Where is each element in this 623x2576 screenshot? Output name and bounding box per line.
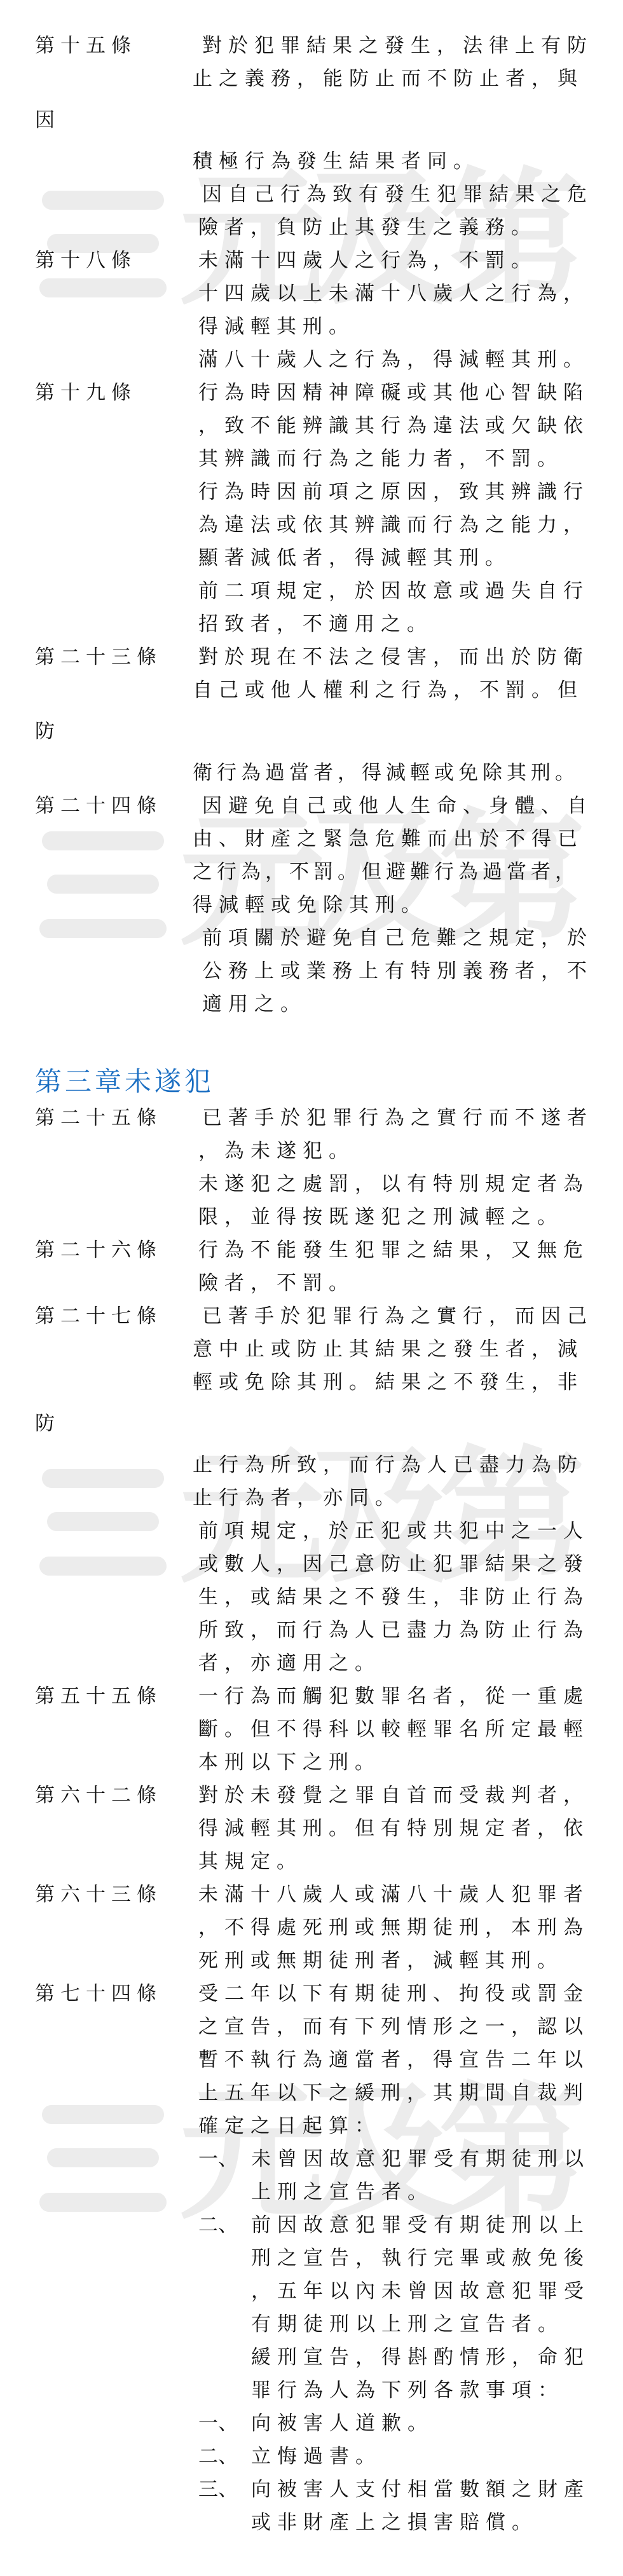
- article-text: 其辨識而行為之能力者，不罰。: [198, 442, 563, 475]
- article-text: 前二項規定，於因故意或過失自行: [198, 575, 589, 608]
- article-number: 第二十四條: [35, 789, 162, 822]
- article-text: 刑之宣告，執行完畢或赦免後: [251, 2242, 590, 2275]
- text-content: 因自己行為致有發生犯罪結果之危: [202, 183, 593, 206]
- article: 第五十五條一行為而觸犯數罪名者，從一重處斷。但不得科以較輕罪名所定最輕本刑以下之…: [0, 1680, 623, 1779]
- article-text: 公務上或業務上有特別義務者，不: [202, 955, 593, 988]
- text-line: 生，或結果之不發生，非防止行為: [0, 1581, 623, 1614]
- article-text: 止行為者，亦同。: [193, 1482, 401, 1515]
- text-line: 其規定。: [0, 1845, 623, 1878]
- text-content: 限，並得按既遂犯之刑減輕之。: [198, 1206, 563, 1229]
- text-content: 行為不能發生犯罪之結果，又無危: [198, 1239, 589, 1262]
- article-text: 一、未曾因故意犯罪受有期徒刑以: [198, 2143, 590, 2176]
- text-line: 者，亦適用之。: [0, 1647, 623, 1680]
- text-line: 或非財產上之損害賠償。: [0, 2506, 623, 2539]
- text-content: 滿八十歲人之行為，得減輕其刑。: [198, 348, 589, 371]
- article-number: 第七十四條: [35, 1977, 162, 2010]
- article-text: 由、財產之緊急危難而出於不得已: [193, 822, 584, 855]
- article-text: 滿八十歲人之行為，得減輕其刑。: [198, 343, 589, 376]
- text-content: 前項規定，於正犯或共犯中之一人: [198, 1520, 589, 1543]
- text-content: 一行為而觸犯數罪名者，從一重處: [198, 1685, 589, 1708]
- article: 第二十六條行為不能發生犯罪之結果，又無危險者，不罰。: [0, 1234, 623, 1300]
- article-text: 限，並得按既遂犯之刑減輕之。: [198, 1201, 563, 1234]
- text-line: 前項關於避免自己危難之規定，於: [0, 922, 623, 955]
- text-line: 止行為者，亦同。: [0, 1482, 623, 1515]
- chapter-heading: 第三章未遂犯: [0, 1062, 623, 1101]
- text-line: 緩刑宣告，得斟酌情形，命犯: [0, 2341, 623, 2374]
- article-text: 止之義務，能防止而不防止者，與: [193, 62, 584, 95]
- text-line: 確定之日起算：: [0, 2109, 623, 2143]
- article-text: 確定之日起算：: [198, 2109, 381, 2143]
- text-line: 一、未曾因故意犯罪受有期徒刑以: [0, 2143, 623, 2176]
- article-text: 未滿十八歲人或滿八十歲人犯罪者: [198, 1878, 589, 1911]
- text-line: 因自己行為致有發生犯罪結果之危: [0, 178, 623, 211]
- text-line: 險者，不罰。: [0, 1267, 623, 1300]
- article-text: 因自己行為致有發生犯罪結果之危: [202, 178, 593, 211]
- text-line: 或數人，因己意防止犯罪結果之發: [0, 1548, 623, 1581]
- text-content: 已著手於犯罪行為之實行，而因己: [202, 1305, 593, 1328]
- text-line: 防: [0, 1399, 623, 1448]
- article-text: ，致不能辨識其行為違法或欠缺依: [198, 409, 589, 442]
- list-marker: 三、: [198, 2473, 251, 2506]
- article-text: 對於現在不法之侵害，而出於防衛: [198, 641, 589, 674]
- text-content: 所致，而行為人已盡力為防止行為: [198, 1619, 589, 1642]
- article-text: 對於犯罪結果之發生，法律上有防: [202, 29, 593, 62]
- text-line: 其辨識而行為之能力者，不罰。: [0, 442, 623, 475]
- article-number: 第二十三條: [35, 641, 162, 674]
- article: 第二十三條對於現在不法之侵害，而出於防衛自己或他人權利之行為，不罰。但防衛行為過…: [0, 641, 623, 789]
- article-text: 之行為，不罰。但避難行為過當者，: [193, 855, 579, 889]
- text-content: 或數人，因己意防止犯罪結果之發: [198, 1553, 589, 1576]
- article-number: 第二十五條: [35, 1101, 162, 1135]
- text-content: ，五年以內未曾因故意犯罪受: [251, 2280, 590, 2303]
- text-content: 暫不執行為適當者，得宣告二年以: [198, 2048, 589, 2071]
- text-line: 之行為，不罰。但避難行為過當者，: [0, 855, 623, 889]
- article-text: 者，亦適用之。: [198, 1647, 381, 1680]
- text-content: 未滿十八歲人或滿八十歲人犯罪者: [198, 1883, 589, 1906]
- text-line: 第二十六條行為不能發生犯罪之結果，又無危: [0, 1234, 623, 1267]
- article-text: 所致，而行為人已盡力為防止行為: [198, 1614, 589, 1647]
- text-line: 本刑以下之刑。: [0, 1746, 623, 1779]
- text-content: 本刑以下之刑。: [198, 1751, 381, 1774]
- text-line: 前項規定，於正犯或共犯中之一人: [0, 1515, 623, 1548]
- article: 第二十五條已著手於犯罪行為之實行而不遂者，為未遂犯。未遂犯之處罰，以有特別規定者…: [0, 1101, 623, 1234]
- text-line: 二、前因故意犯罪受有期徒刑以上: [0, 2209, 623, 2242]
- text-content: 未曾因故意犯罪受有期徒刑以: [251, 2148, 590, 2171]
- article-text: 因避免自己或他人生命、身體、自: [202, 789, 593, 822]
- article-text: 斷。但不得科以較輕罪名所定最輕: [198, 1713, 589, 1746]
- text-content: 顯著減低者，得減輕其刑。: [198, 547, 511, 569]
- text-line: 招致者，不適用之。: [0, 608, 623, 641]
- article-text: 適用之。: [202, 988, 306, 1021]
- article-number: 第十八條: [35, 244, 137, 277]
- text-content: 對於犯罪結果之發生，法律上有防: [202, 34, 593, 57]
- article-text: 意中止或防止其結果之發生者，減: [193, 1333, 584, 1366]
- article-text: ，不得處死刑或無期徒刑，本刑為: [198, 1911, 589, 1944]
- article: 第十八條未滿十四歲人之行為，不罰。十四歲以上未滿十八歲人之行為，得減輕其刑。滿八…: [0, 244, 623, 376]
- text-content: 輕或免除其刑。結果之不發生，非: [193, 1371, 584, 1394]
- text-line: 一、向被害人道歉。: [0, 2407, 623, 2440]
- article-text: 顯著減低者，得減輕其刑。: [198, 542, 511, 575]
- article-text: 得減輕其刑。但有特別規定者，依: [198, 1812, 589, 1845]
- text-content: 招致者，不適用之。: [198, 613, 433, 636]
- article-text: 死刑或無期徒刑者，減輕其刑。: [198, 1944, 563, 1977]
- text-content: 向被害人道歉。: [251, 2412, 434, 2435]
- article-text: 三、向被害人支付相當數額之財產: [198, 2473, 590, 2506]
- text-content: 止行為所致，而行為人已盡力為防: [193, 1454, 584, 1476]
- text-line: 得減輕其刑。: [0, 310, 623, 343]
- text-line: 適用之。: [0, 988, 623, 1021]
- text-line: 未遂犯之處罰，以有特別規定者為: [0, 1168, 623, 1201]
- wrapped-character: 因: [35, 95, 61, 145]
- text-line: 第六十二條對於未發覺之罪自首而受裁判者，: [0, 1779, 623, 1812]
- list-marker: 一、: [198, 2407, 251, 2440]
- text-line: 險者，負防止其發生之義務。: [0, 211, 623, 244]
- text-line: 第二十五條已著手於犯罪行為之實行而不遂者: [0, 1101, 623, 1135]
- article-text: 或非財產上之損害賠償。: [251, 2506, 538, 2539]
- text-line: 顯著減低者，得減輕其刑。: [0, 542, 623, 575]
- wrapped-character: 防: [35, 1399, 61, 1448]
- article: 第六十二條對於未發覺之罪自首而受裁判者，得減輕其刑。但有特別規定者，依其規定。: [0, 1779, 623, 1878]
- text-content: 由、財產之緊急危難而出於不得已: [193, 828, 584, 850]
- text-content: 意中止或防止其結果之發生者，減: [193, 1338, 584, 1361]
- text-line: 意中止或防止其結果之發生者，減: [0, 1333, 623, 1366]
- text-content: 死刑或無期徒刑者，減輕其刑。: [198, 1949, 563, 1972]
- article-number: 第五十五條: [35, 1680, 162, 1713]
- article-text: 招致者，不適用之。: [198, 608, 433, 641]
- article-text: 一、向被害人道歉。: [198, 2407, 434, 2440]
- text-line: 得減輕或免除其刑。: [0, 889, 623, 922]
- text-content: ，致不能辨識其行為違法或欠缺依: [198, 414, 589, 437]
- text-content: 上刑之宣告者。: [251, 2181, 434, 2204]
- text-line: 第五十五條一行為而觸犯數罪名者，從一重處: [0, 1680, 623, 1713]
- article: 第七十四條受二年以下有期徒刑、拘役或罰金之宣告，而有下列情形之一，認以暫不執行為…: [0, 1977, 623, 2539]
- article-text: 前項規定，於正犯或共犯中之一人: [198, 1515, 589, 1548]
- text-content: 衛行為過當者，得減輕或免除其刑。: [193, 761, 579, 784]
- text-content: 其規定。: [198, 1850, 303, 1873]
- text-line: 第六十三條未滿十八歲人或滿八十歲人犯罪者: [0, 1878, 623, 1911]
- article-text: 衛行為過當者，得減輕或免除其刑。: [193, 756, 579, 789]
- article-text: 上刑之宣告者。: [251, 2176, 434, 2209]
- text-content: 為違法或依其辨識而行為之能力，: [198, 514, 589, 536]
- text-line: ，五年以內未曾因故意犯罪受: [0, 2275, 623, 2308]
- text-line: 行為時因前項之原因，致其辨識行: [0, 475, 623, 508]
- text-content: 立悔過書。: [251, 2445, 381, 2468]
- article-text: 一行為而觸犯數罪名者，從一重處: [198, 1680, 589, 1713]
- text-line: 第十五條對於犯罪結果之發生，法律上有防: [0, 29, 623, 62]
- text-line: 罪行為人為下列各款事項：: [0, 2374, 623, 2407]
- article-text: 行為時因前項之原因，致其辨識行: [198, 475, 589, 508]
- text-line: 有期徒刑以上刑之宣告者。: [0, 2308, 623, 2341]
- article-number: 第六十二條: [35, 1779, 162, 1812]
- article-text: 前項關於避免自己危難之規定，於: [202, 922, 593, 955]
- text-line: 上五年以下之緩刑，其期間自裁判: [0, 2076, 623, 2109]
- text-line: 防: [0, 707, 623, 756]
- text-line: 二、立悔過書。: [0, 2440, 623, 2473]
- article-text: 得減輕其刑。: [198, 310, 355, 343]
- text-line: 上刑之宣告者。: [0, 2176, 623, 2209]
- text-content: 已著手於犯罪行為之實行而不遂者: [202, 1107, 593, 1129]
- article: 第六十三條未滿十八歲人或滿八十歲人犯罪者，不得處死刑或無期徒刑，本刑為死刑或無期…: [0, 1878, 623, 1977]
- text-content: 其辨識而行為之能力者，不罰。: [198, 447, 563, 470]
- text-line: 第二十三條對於現在不法之侵害，而出於防衛: [0, 641, 623, 674]
- text-line: ，致不能辨識其行為違法或欠缺依: [0, 409, 623, 442]
- article-text: 得減輕或免除其刑。: [193, 889, 427, 922]
- article-text: 未滿十四歲人之行為，不罰。: [198, 244, 537, 277]
- text-content: 適用之。: [202, 993, 306, 1016]
- text-content: 斷。但不得科以較輕罪名所定最輕: [198, 1718, 589, 1741]
- text-line: 為違法或依其辨識而行為之能力，: [0, 508, 623, 542]
- text-line: 止之義務，能防止而不防止者，與: [0, 62, 623, 95]
- article-text: 緩刑宣告，得斟酌情形，命犯: [251, 2341, 590, 2374]
- article-text: 受二年以下有期徒刑、拘役或罰金: [198, 1977, 589, 2010]
- text-line: 由、財產之緊急危難而出於不得已: [0, 822, 623, 855]
- text-line: 第七十四條受二年以下有期徒刑、拘役或罰金: [0, 1977, 623, 2010]
- article-text: 暫不執行為適當者，得宣告二年以: [198, 2043, 589, 2076]
- text-content: 得減輕其刑。但有特別規定者，依: [198, 1817, 589, 1840]
- text-content: 行為時因前項之原因，致其辨識行: [198, 480, 589, 503]
- text-content: 自己或他人權利之行為，不罰。但: [193, 679, 584, 702]
- text-line: 十四歲以上未滿十八歲人之行為，: [0, 277, 623, 310]
- text-content: 未滿十四歲人之行為，不罰。: [198, 249, 537, 272]
- text-content: 因避免自己或他人生命、身體、自: [202, 794, 593, 817]
- text-content: 前二項規定，於因故意或過失自行: [198, 580, 589, 603]
- list-marker: 二、: [198, 2440, 251, 2473]
- text-line: 止行為所致，而行為人已盡力為防: [0, 1448, 623, 1482]
- text-content: 向被害人支付相當數額之財產: [251, 2478, 590, 2501]
- article-text: 上五年以下之緩刑，其期間自裁判: [198, 2076, 589, 2109]
- article-text: 二、前因故意犯罪受有期徒刑以上: [198, 2209, 590, 2242]
- text-content: 上五年以下之緩刑，其期間自裁判: [198, 2082, 589, 2104]
- article-text: 本刑以下之刑。: [198, 1746, 381, 1779]
- text-line: ，為未遂犯。: [0, 1135, 623, 1168]
- text-content: 罪行為人為下列各款事項：: [251, 2379, 564, 2402]
- wrapped-character: 防: [35, 707, 61, 756]
- article-number: 第二十七條: [35, 1300, 162, 1333]
- article-text: 有期徒刑以上刑之宣告者。: [251, 2308, 564, 2341]
- article-text: 二、立悔過書。: [198, 2440, 381, 2473]
- text-content: 得減輕或免除其刑。: [193, 894, 427, 917]
- text-line: 衛行為過當者，得減輕或免除其刑。: [0, 756, 623, 789]
- article-text: 未遂犯之處罰，以有特別規定者為: [198, 1168, 589, 1201]
- text-content: 生，或結果之不發生，非防止行為: [198, 1586, 589, 1609]
- article-number: 第十五條: [35, 29, 137, 62]
- text-line: 暫不執行為適當者，得宣告二年以: [0, 2043, 623, 2076]
- law-document: 第十五條對於犯罪結果之發生，法律上有防止之義務，能防止而不防止者，與因積極行為發…: [0, 0, 623, 2539]
- list-marker: 一、: [198, 2143, 251, 2176]
- text-line: 前二項規定，於因故意或過失自行: [0, 575, 623, 608]
- article-number: 第六十三條: [35, 1878, 162, 1911]
- article-text: 行為不能發生犯罪之結果，又無危: [198, 1234, 589, 1267]
- article-text: ，五年以內未曾因故意犯罪受: [251, 2275, 590, 2308]
- text-line: 斷。但不得科以較輕罪名所定最輕: [0, 1713, 623, 1746]
- text-content: 有期徒刑以上刑之宣告者。: [251, 2313, 564, 2336]
- text-content: 前因故意犯罪受有期徒刑以上: [251, 2214, 590, 2237]
- text-content: 對於現在不法之侵害，而出於防衛: [198, 646, 589, 669]
- article-text: 行為時因精神障礙或其他心智缺陷: [198, 376, 589, 409]
- text-line: 死刑或無期徒刑者，減輕其刑。: [0, 1944, 623, 1977]
- article-text: 已著手於犯罪行為之實行而不遂者: [202, 1101, 593, 1135]
- article-text: 止行為所致，而行為人已盡力為防: [193, 1448, 584, 1482]
- article: 第十九條行為時因精神障礙或其他心智缺陷，致不能辨識其行為違法或欠缺依其辨識而行為…: [0, 376, 623, 641]
- article-text: 生，或結果之不發生，非防止行為: [198, 1581, 589, 1614]
- article-number: 第十九條: [35, 376, 137, 409]
- text-line: 積極行為發生結果者同。: [0, 145, 623, 178]
- text-line: 輕或免除其刑。結果之不發生，非: [0, 1366, 623, 1399]
- text-line: 第十八條未滿十四歲人之行為，不罰。: [0, 244, 623, 277]
- text-content: 受二年以下有期徒刑、拘役或罰金: [198, 1982, 589, 2005]
- text-content: 險者，負防止其發生之義務。: [198, 216, 537, 239]
- text-content: 積極行為發生結果者同。: [193, 150, 479, 173]
- article-text: 積極行為發生結果者同。: [193, 145, 479, 178]
- text-line: 三、向被害人支付相當數額之財產: [0, 2473, 623, 2506]
- text-content: 前項關於避免自己危難之規定，於: [202, 927, 593, 950]
- article-text: 險者，不罰。: [198, 1267, 355, 1300]
- article-number: 第二十六條: [35, 1234, 162, 1267]
- text-line: 刑之宣告，執行完畢或赦免後: [0, 2242, 623, 2275]
- text-content: 止行為者，亦同。: [193, 1487, 401, 1509]
- text-line: 滿八十歲人之行為，得減輕其刑。: [0, 343, 623, 376]
- text-line: 之宣告，而有下列情形之一，認以: [0, 2010, 623, 2043]
- text-line: 第十九條行為時因精神障礙或其他心智缺陷: [0, 376, 623, 409]
- text-content: 刑之宣告，執行完畢或赦免後: [251, 2247, 590, 2270]
- article: 第十五條對於犯罪結果之發生，法律上有防止之義務，能防止而不防止者，與因積極行為發…: [0, 29, 623, 244]
- text-line: ，不得處死刑或無期徒刑，本刑為: [0, 1911, 623, 1944]
- article: 第二十七條已著手於犯罪行為之實行，而因己意中止或防止其結果之發生者，減輕或免除其…: [0, 1300, 623, 1680]
- article-text: 對於未發覺之罪自首而受裁判者，: [198, 1779, 589, 1812]
- text-content: 險者，不罰。: [198, 1272, 355, 1295]
- text-content: 之宣告，而有下列情形之一，認以: [198, 2015, 589, 2038]
- text-content: 緩刑宣告，得斟酌情形，命犯: [251, 2346, 590, 2369]
- text-line: 限，並得按既遂犯之刑減輕之。: [0, 1201, 623, 1234]
- article-text: 或數人，因己意防止犯罪結果之發: [198, 1548, 589, 1581]
- text-line: 公務上或業務上有特別義務者，不: [0, 955, 623, 988]
- article-text: 險者，負防止其發生之義務。: [198, 211, 537, 244]
- text-content: 止之義務，能防止而不防止者，與: [193, 67, 584, 90]
- text-line: 因: [0, 95, 623, 145]
- text-content: 之行為，不罰。但避難行為過當者，: [193, 861, 579, 883]
- text-content: 或非財產上之損害賠償。: [251, 2511, 538, 2534]
- text-content: 行為時因精神障礙或其他心智缺陷: [198, 381, 589, 404]
- text-content: 者，亦適用之。: [198, 1652, 381, 1675]
- article-text: 其規定。: [198, 1845, 303, 1878]
- text-line: 第二十七條已著手於犯罪行為之實行，而因己: [0, 1300, 623, 1333]
- article-text: 之宣告，而有下列情形之一，認以: [198, 2010, 589, 2043]
- article-text: 十四歲以上未滿十八歲人之行為，: [198, 277, 589, 310]
- text-line: 自己或他人權利之行為，不罰。但: [0, 674, 623, 707]
- text-content: 得減輕其刑。: [198, 315, 355, 338]
- article: 第二十四條因避免自己或他人生命、身體、自由、財產之緊急危難而出於不得已之行為，不…: [0, 789, 623, 1021]
- text-content: 對於未發覺之罪自首而受裁判者，: [198, 1784, 589, 1807]
- article-text: ，為未遂犯。: [198, 1135, 355, 1168]
- text-content: 確定之日起算：: [198, 2115, 381, 2137]
- article-text: 輕或免除其刑。結果之不發生，非: [193, 1366, 584, 1399]
- text-line: 得減輕其刑。但有特別規定者，依: [0, 1812, 623, 1845]
- text-content: ，為未遂犯。: [198, 1140, 355, 1162]
- article-text: 自己或他人權利之行為，不罰。但: [193, 674, 584, 707]
- article-text: 已著手於犯罪行為之實行，而因己: [202, 1300, 593, 1333]
- article-text: 罪行為人為下列各款事項：: [251, 2374, 564, 2407]
- text-content: 公務上或業務上有特別義務者，不: [202, 960, 593, 983]
- text-content: 未遂犯之處罰，以有特別規定者為: [198, 1173, 589, 1196]
- text-line: 所致，而行為人已盡力為防止行為: [0, 1614, 623, 1647]
- list-marker: 二、: [198, 2209, 251, 2242]
- article-text: 為違法或依其辨識而行為之能力，: [198, 508, 589, 542]
- text-content: 十四歲以上未滿十八歲人之行為，: [198, 282, 589, 305]
- text-content: ，不得處死刑或無期徒刑，本刑為: [198, 1916, 589, 1939]
- text-line: 第二十四條因避免自己或他人生命、身體、自: [0, 789, 623, 822]
